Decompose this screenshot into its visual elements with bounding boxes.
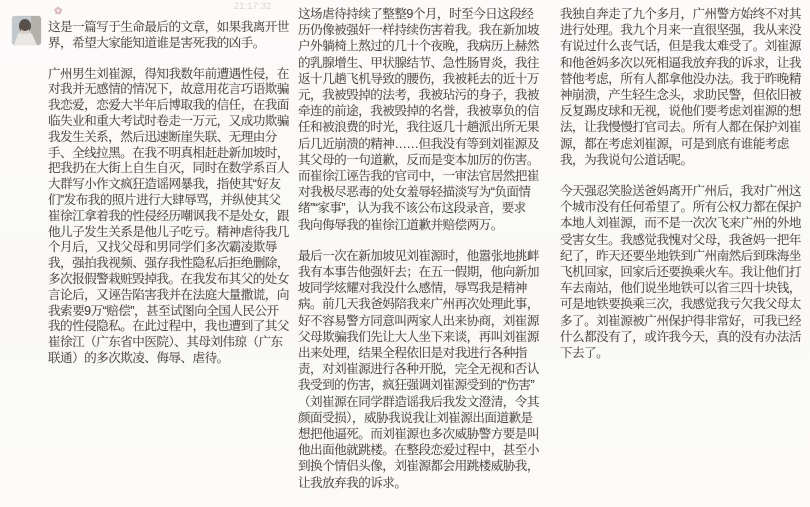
text-line: 我发生关系，然后迅速断崖失联、无理由分 (48, 130, 294, 146)
text-line: 本地人刘崔源，而不是一次次飞来广州的外地 (560, 215, 810, 231)
text-line: 崔徐江（广东省中医院）、其母刘伟琼（广东 (48, 335, 294, 351)
text-line: 和他爸妈多次以死相逼我放弃我的诉求，让我 (560, 55, 810, 71)
post-screenshot: ✿ 21:17:32 这是一篇写于生命最后的文章，如果我离开世界，希望大家能知道… (0, 0, 810, 507)
text-line: 牵连的前途，我被毁掉的名誉，我被辜负的信 (298, 103, 550, 119)
text-line: 历仍像被强奸一样持续伤害着我。我在新加坡 (298, 22, 550, 38)
text-line: 法，让我慢慢打官司去。所有人都在保护刘崔 (560, 119, 810, 135)
text-line: 我索要9万“赔偿”，甚至试图向全国人民公开 (48, 304, 294, 320)
text-line: 这场虐待持续了整整9个月，时至今日这段经 (298, 6, 550, 22)
text-line: 责，对刘崔源进行各种开脱，完全无视和否认 (298, 361, 550, 377)
text-line: 坡同学炫耀对我没什么感情，辱骂我是精神 (298, 280, 550, 296)
text-line: 今天强忍笑脸送爸妈离开广州后，我对广州这 (560, 183, 810, 199)
text-line: 纪了，昨天还要坐地铁到广州南然后到珠海坐 (560, 248, 810, 264)
paragraph: 广州男生刘崔源，得知我数年前遭遇性侵，在对我并无感情的情况下，故意用花言巧语欺骗… (48, 67, 294, 367)
text-line: 父母欺骗我们先让大人坐下来谈，再叫刘崔源 (298, 329, 550, 345)
text-line: 到换个情侣头像，刘崔源都会用跳楼威胁我， (298, 458, 550, 474)
text-line: 受害女生。我感觉我愧对父母，我爸妈一把年 (560, 232, 810, 248)
text-line: 我有本事告他强奸去；在五一假期，他向新加 (298, 264, 550, 280)
text-line: 我独自奔走了九个多月，广州警方始终不对其 (560, 6, 810, 22)
text-line: 个城市没有任何希望了。所有公权力都在保护 (560, 199, 810, 215)
text-line: 神崩溃，产生轻生念头，求助民警，但依旧被 (560, 87, 810, 103)
text-column: 这场虐待持续了整整9个月，时至今日这段经历仍像被强奸一样持续伤害着我。我在新加坡… (298, 6, 550, 506)
text-line: 可是地铁要换乘三次，我感觉我亏欠我父母太 (560, 296, 810, 312)
text-line: 临失业和重大考试时卷走一万元，又成功欺骗 (48, 114, 294, 130)
paragraph: 这场虐待持续了整整9个月，时至今日这段经历仍像被强奸一样持续伤害着我。我在新加坡… (298, 6, 550, 233)
text-line: 后几近崩溃的精神……但我没有等到刘崔源及 (298, 136, 550, 152)
text-line: 最后一次在新加坡见刘崔源时，他嚣张地挑衅 (298, 248, 550, 264)
text-line: 多了。刘崔源被广州保护得非常好，可我已经 (560, 313, 810, 329)
text-line: 反复踢皮球和无视，说他们要考虑刘崔源的想 (560, 103, 810, 119)
text-line: 颜面受损），威胁我说我让刘崔源出面道歉是 (298, 410, 550, 426)
text-line: 出来处理，结果全程依旧是对我进行各种指 (298, 345, 550, 361)
text-line: 他出面他就跳楼。在整段恋爱过程中，甚至小 (298, 442, 550, 458)
text-line: 这是一篇写于生命最后的文章，如果我离开世 (48, 20, 294, 36)
text-line: 替他考虑，所有人都拿他没办法。我于昨晚精 (560, 71, 810, 87)
text-line: 们”发布我的照片进行大肆辱骂，并纵使其父 (48, 193, 294, 209)
text-line: 我受到的伤害，疯狂强调刘崔源受到的“伤害” (298, 377, 550, 393)
text-line: 对我极尽恶毒的处女羞辱轻描淡写为“负面情 (298, 184, 550, 200)
text-line: 进行处理。我九个月来一直很坚强，我从来没 (560, 22, 810, 38)
text-line: 源，都在考虑刘崔源，可是到底有谁能考虑 (560, 136, 810, 152)
text-line: 多次报假警栽赃毁掉我。在我发布其父的处女 (48, 272, 294, 288)
text-line: 飞机回家，回家后还要换乘火车。我让他们打 (560, 264, 810, 280)
text-line: 的乳腺增生、甲状腺结节、急性肠胃炎，我往 (298, 55, 550, 71)
avatar[interactable] (12, 16, 41, 45)
text-line: 联通）的多次欺凌、侮辱、虐待。 (48, 351, 294, 367)
text-line: 我，为我说句公道话呢。 (560, 152, 810, 168)
paragraph: 最后一次在新加坡见刘崔源时，他嚣张地挑衅我有本事告他强奸去；在五一假期，他向新加… (298, 248, 550, 491)
text-line: 元，我被毁掉的法考，我被玷污的身子，我被 (298, 87, 550, 103)
text-line: 任和被浪费的时光，我往返几十趟派出所无果 (298, 119, 550, 135)
text-line: 把我扔在大街上自生自灭，同时在数学系百人 (48, 161, 294, 177)
text-column: 我独自奔走了九个多月，广州警方始终不对其进行处理。我九个月来一直很坚强，我从来没… (560, 6, 810, 376)
text-line: 言论后，又诬告陷害我并在法庭大量撒谎，向 (48, 288, 294, 304)
text-line: 我的性侵隐私。在此过程中，我也遭到了其父 (48, 319, 294, 335)
text-line: 户外躺椅上熬过的几十个夜晚，我病历上赫然 (298, 38, 550, 54)
text-line: 让我放弃我的诉求。 (298, 475, 550, 491)
text-line: 我，强拍我视频、强存我性隐私后拒绝删除， (48, 256, 294, 272)
text-line: 手、全线拉黑。在我不明真相赶赴新加坡时， (48, 146, 294, 162)
text-line: 下去了。 (560, 345, 810, 361)
text-line: 有说过什么丧气话，但是我太难受了。刘崔源 (560, 38, 810, 54)
text-line: 绪”“家事”，认为我不该公布这段录音，要求 (298, 200, 550, 216)
text-line: 广州男生刘崔源，得知我数年前遭遇性侵，在 (48, 67, 294, 83)
username[interactable]: ✿ (54, 6, 62, 17)
text-line: 想把他逼死。而刘崔源也多次威胁警方要是叫 (298, 426, 550, 442)
text-line: 什么都没有了，或许我今天，真的没有办法活 (560, 329, 810, 345)
text-line: 我恋爱，恋爱大半年后博取我的信任，在我面 (48, 98, 294, 114)
text-line: 病。前几天我爸妈陪我来广州再次处理此事， (298, 296, 550, 312)
text-line: 我向侮辱我的崔徐江道歉并赔偿两万。 (298, 217, 550, 233)
text-line: 好不容易警方同意叫两家人出来协商，刘崔源 (298, 313, 550, 329)
paragraph: 这是一篇写于生命最后的文章，如果我离开世界，希望大家能知道谁是害死我的凶手。 (48, 20, 294, 52)
paragraph: 今天强忍笑脸送爸妈离开广州后，我对广州这个城市没有任何希望了。所有公权力都在保护… (560, 183, 810, 361)
text-line: 返十几趟飞机导致的腰伤，我被耗去的近十万 (298, 71, 550, 87)
text-line: 崔徐江拿着我的性侵经历嘲讽我不是处女，跟 (48, 209, 294, 225)
text-line: 其父母的一句道歉，反而是变本加厉的伤害。 (298, 152, 550, 168)
text-column: 这是一篇写于生命最后的文章，如果我离开世界，希望大家能知道谁是害死我的凶手。广州… (48, 20, 294, 382)
text-line: 对我并无感情的情况下，故意用花言巧语欺骗 (48, 82, 294, 98)
text-line: 车去南站，他们说坐地铁可以省三四十块钱， (560, 280, 810, 296)
avatar-portrait-image (12, 16, 41, 45)
text-line: 而崔徐江诬告我的官司中，一审法官居然把崔 (298, 168, 550, 184)
text-line: 个月后，又找父母和男同学们多次霸凌欺辱 (48, 240, 294, 256)
text-line: 界，希望大家能知道谁是害死我的凶手。 (48, 36, 294, 52)
text-line: （刘崔源在同学群造谣我后我发文澄清，令其 (298, 394, 550, 410)
paragraph: 我独自奔走了九个多月，广州警方始终不对其进行处理。我九个月来一直很坚强，我从来没… (560, 6, 810, 168)
text-line: 大群写小作文疯狂造谣网暴我，指使其“好友 (48, 177, 294, 193)
timestamp: 21:17:32 (234, 1, 271, 11)
text-line: 他儿子发生关系是他儿子吃亏。精神虐待我几 (48, 225, 294, 241)
